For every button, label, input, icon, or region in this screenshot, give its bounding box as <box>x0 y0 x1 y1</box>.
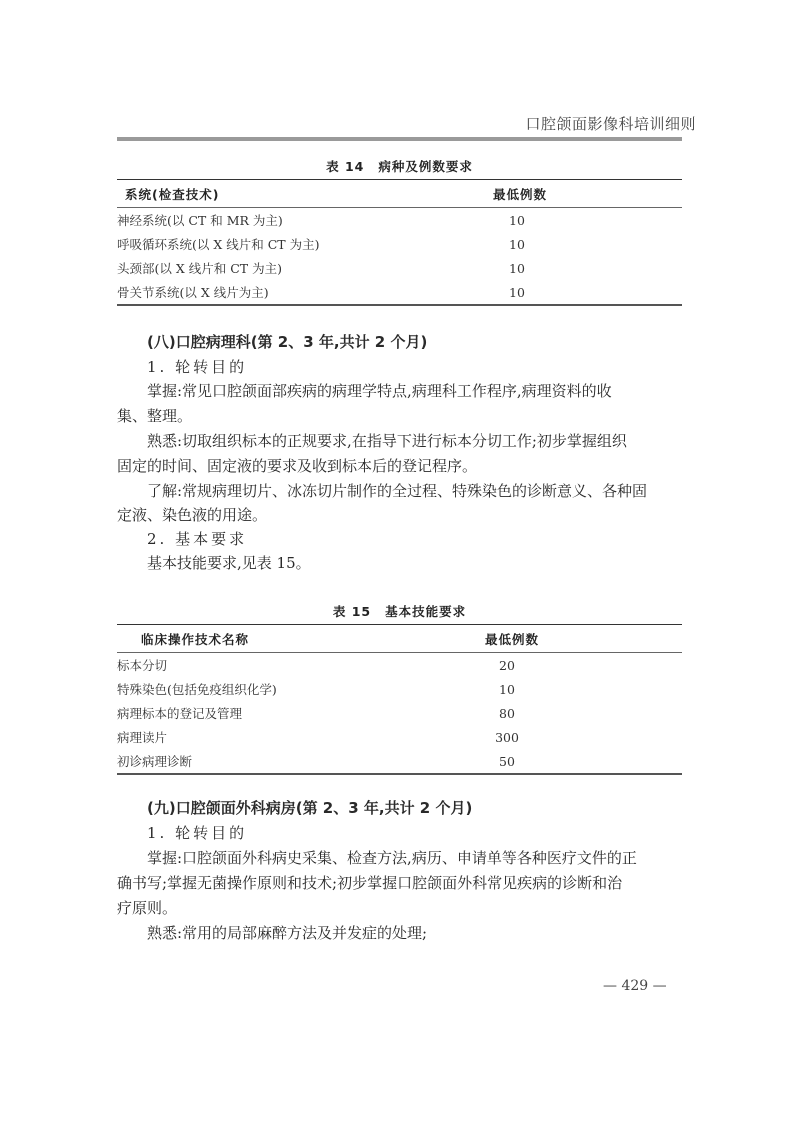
table-row: 神经系统(以 CT 和 MR 为主)10 <box>117 208 682 232</box>
section-8-heading: (八)口腔病理科(第 2、3 年,共计 2 个月) <box>117 330 712 354</box>
row-value: 300 <box>467 730 547 745</box>
table-15-number: 表 15 <box>333 604 371 619</box>
section-9-heading: (九)口腔颌面外科病房(第 2、3 年,共计 2 个月) <box>117 796 712 820</box>
row-value: 10 <box>477 261 557 276</box>
table-15: 临床操作技术名称 最低例数 标本分切20 特殊染色(包括免疫组织化学)10 病理… <box>117 624 682 775</box>
row-label: 病理读片 <box>117 728 477 746</box>
header-rule <box>117 137 682 141</box>
column-header: 最低例数 <box>437 630 682 648</box>
table-row: 头颈部(以 X 线片和 CT 为主)10 <box>117 256 682 280</box>
table-rule <box>117 773 682 775</box>
table-14-number: 表 14 <box>326 159 364 174</box>
table-row: 骨关节系统(以 X 线片为主)10 <box>117 280 682 304</box>
table-row: 病理读片300 <box>117 725 682 749</box>
column-header: 临床操作技术名称 <box>117 630 437 648</box>
row-value: 10 <box>477 237 557 252</box>
table-15-title: 基本技能要求 <box>385 604 466 619</box>
section-8-basic-text: 基本技能要求,见表 15。 <box>117 551 712 575</box>
section-8-familiar-line-2: 固定的时间、固定液的要求及收到标本后的登记程序。 <box>117 454 682 478</box>
row-label: 特殊染色(包括免疫组织化学) <box>117 680 477 698</box>
table-14-title: 病种及例数要求 <box>378 159 473 174</box>
row-value: 10 <box>477 285 557 300</box>
row-value: 20 <box>467 658 547 673</box>
row-label: 骨关节系统(以 X 线片为主) <box>117 283 477 301</box>
row-label: 头颈部(以 X 线片和 CT 为主) <box>117 259 477 277</box>
section-8-understand-line-2: 定液、染色液的用途。 <box>117 503 682 527</box>
table-14: 系统(检查技术) 最低例数 神经系统(以 CT 和 MR 为主)10 呼吸循环系… <box>117 179 682 306</box>
row-value: 50 <box>467 754 547 769</box>
column-header: 最低例数 <box>437 185 682 203</box>
section-8-master-line-2: 集、整理。 <box>117 404 682 428</box>
section-9-familiar-line-1: 熟悉:常用的局部麻醉方法及并发症的处理; <box>117 921 712 945</box>
row-value: 10 <box>467 682 547 697</box>
section-8-sub-2: 2. 基本要求 <box>117 527 712 551</box>
section-9-master-line-1: 掌握:口腔颌面外科病史采集、检查方法,病历、申请单等各种医疗文件的正 <box>117 846 712 870</box>
section-9-sub-1: 1. 轮转目的 <box>117 821 712 845</box>
table-15-caption: 表 15基本技能要求 <box>117 602 682 620</box>
table-header-row: 临床操作技术名称 最低例数 <box>117 625 682 652</box>
row-value: 80 <box>467 706 547 721</box>
table-header-row: 系统(检查技术) 最低例数 <box>117 180 682 207</box>
section-8-familiar-line-1: 熟悉:切取组织标本的正规要求,在指导下进行标本分切工作;初步掌握组织 <box>117 429 712 453</box>
table-row: 呼吸循环系统(以 X 线片和 CT 为主)10 <box>117 232 682 256</box>
row-value: 10 <box>477 213 557 228</box>
section-8-understand-line-1: 了解:常规病理切片、冰冻切片制作的全过程、特殊染色的诊断意义、各种固 <box>117 479 712 503</box>
section-9-master-line-3: 疗原则。 <box>117 896 682 920</box>
table-row: 初诊病理诊断50 <box>117 749 682 773</box>
row-label: 病理标本的登记及管理 <box>117 704 477 722</box>
running-head: 口腔颌面影像科培训细则 <box>525 113 696 134</box>
section-9-master-line-2: 确书写;掌握无菌操作原则和技术;初步掌握口腔颌面外科常见疾病的诊断和治 <box>117 871 682 895</box>
column-header: 系统(检查技术) <box>117 185 437 203</box>
table-row: 病理标本的登记及管理80 <box>117 701 682 725</box>
row-label: 标本分切 <box>117 656 477 674</box>
page-number: — 429 — <box>603 978 667 994</box>
row-label: 呼吸循环系统(以 X 线片和 CT 为主) <box>117 235 477 253</box>
table-14-caption: 表 14病种及例数要求 <box>117 157 682 175</box>
table-row: 标本分切20 <box>117 653 682 677</box>
row-label: 神经系统(以 CT 和 MR 为主) <box>117 211 477 229</box>
section-8-sub-1: 1. 轮转目的 <box>117 355 712 379</box>
row-label: 初诊病理诊断 <box>117 752 477 770</box>
section-8-master-line-1: 掌握:常见口腔颌面部疾病的病理学特点,病理科工作程序,病理资料的收 <box>117 379 712 403</box>
table-row: 特殊染色(包括免疫组织化学)10 <box>117 677 682 701</box>
table-rule <box>117 304 682 306</box>
